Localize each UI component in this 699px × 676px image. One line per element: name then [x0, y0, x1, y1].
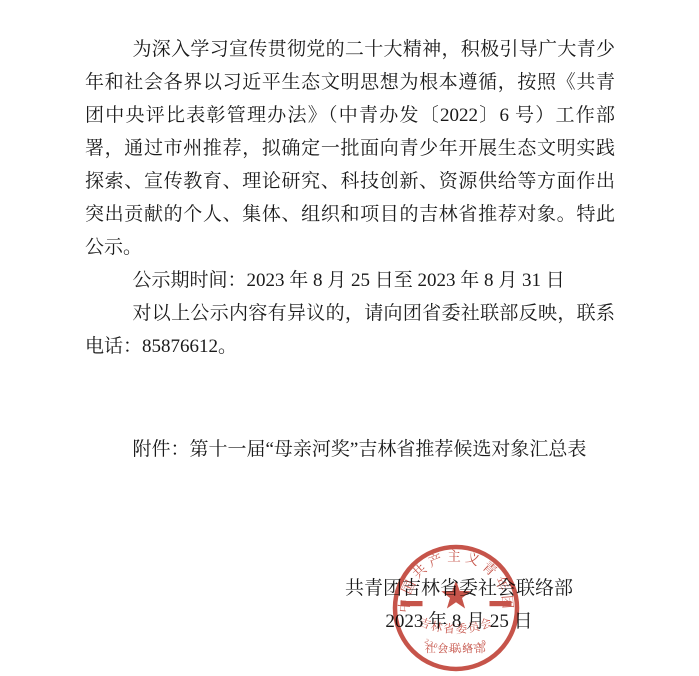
document-body: 为深入学习宣传贯彻党的二十大精神，积极引导广大青少年和社会各界以习近平生态文明思… — [85, 33, 615, 466]
attachment-line: 附件：第十一届“母亲河奖”吉林省推荐候选对象汇总表 — [85, 433, 615, 466]
seal-department-text: 社会联络部 — [425, 641, 488, 655]
document-line: 为深入学习宣传贯彻党的二十大精神，积极引导广大青少 — [85, 33, 615, 66]
signature-department: 共青团吉林省委社会联络部 — [345, 572, 573, 605]
paragraphs-container: 为深入学习宣传贯彻党的二十大精神，积极引导广大青少年和社会各界以习近平生态文明思… — [85, 33, 615, 363]
seal-serial-number: 2201032199219 — [423, 638, 489, 654]
document-line: 公示期时间：2023 年 8 月 25 日至 2023 年 8 月 31 日 — [85, 264, 615, 297]
document-line: 团中央评比表彰管理办法》（中青办发〔2022〕6 号）工作部 — [85, 99, 615, 132]
document-line: 突出贡献的个人、集体、组织和项目的吉林省推荐对象。特此 — [85, 198, 615, 231]
document-line: 探索、宣传教育、理论研究、科技创新、资源供给等方面作出 — [85, 165, 615, 198]
document-line: 公示。 — [85, 231, 615, 264]
signature-block: 共青团吉林省委社会联络部 2023 年 8 月 25 日 — [345, 572, 573, 638]
document-line: 对以上公示内容有异议的，请向团省委社联部反映，联系 — [85, 297, 615, 330]
document-line: 署，通过市州推荐，拟确定一批面向青少年开展生态文明实践 — [85, 132, 615, 165]
document-line: 电话：85876612。 — [85, 330, 615, 363]
document-line: 年和社会各界以习近平生态文明思想为根本遵循，按照《共青 — [85, 66, 615, 99]
notice-document-page: 为深入学习宣传贯彻党的二十大精神，积极引导广大青少年和社会各界以习近平生态文明思… — [0, 0, 699, 676]
signature-date: 2023 年 8 月 25 日 — [345, 605, 573, 638]
